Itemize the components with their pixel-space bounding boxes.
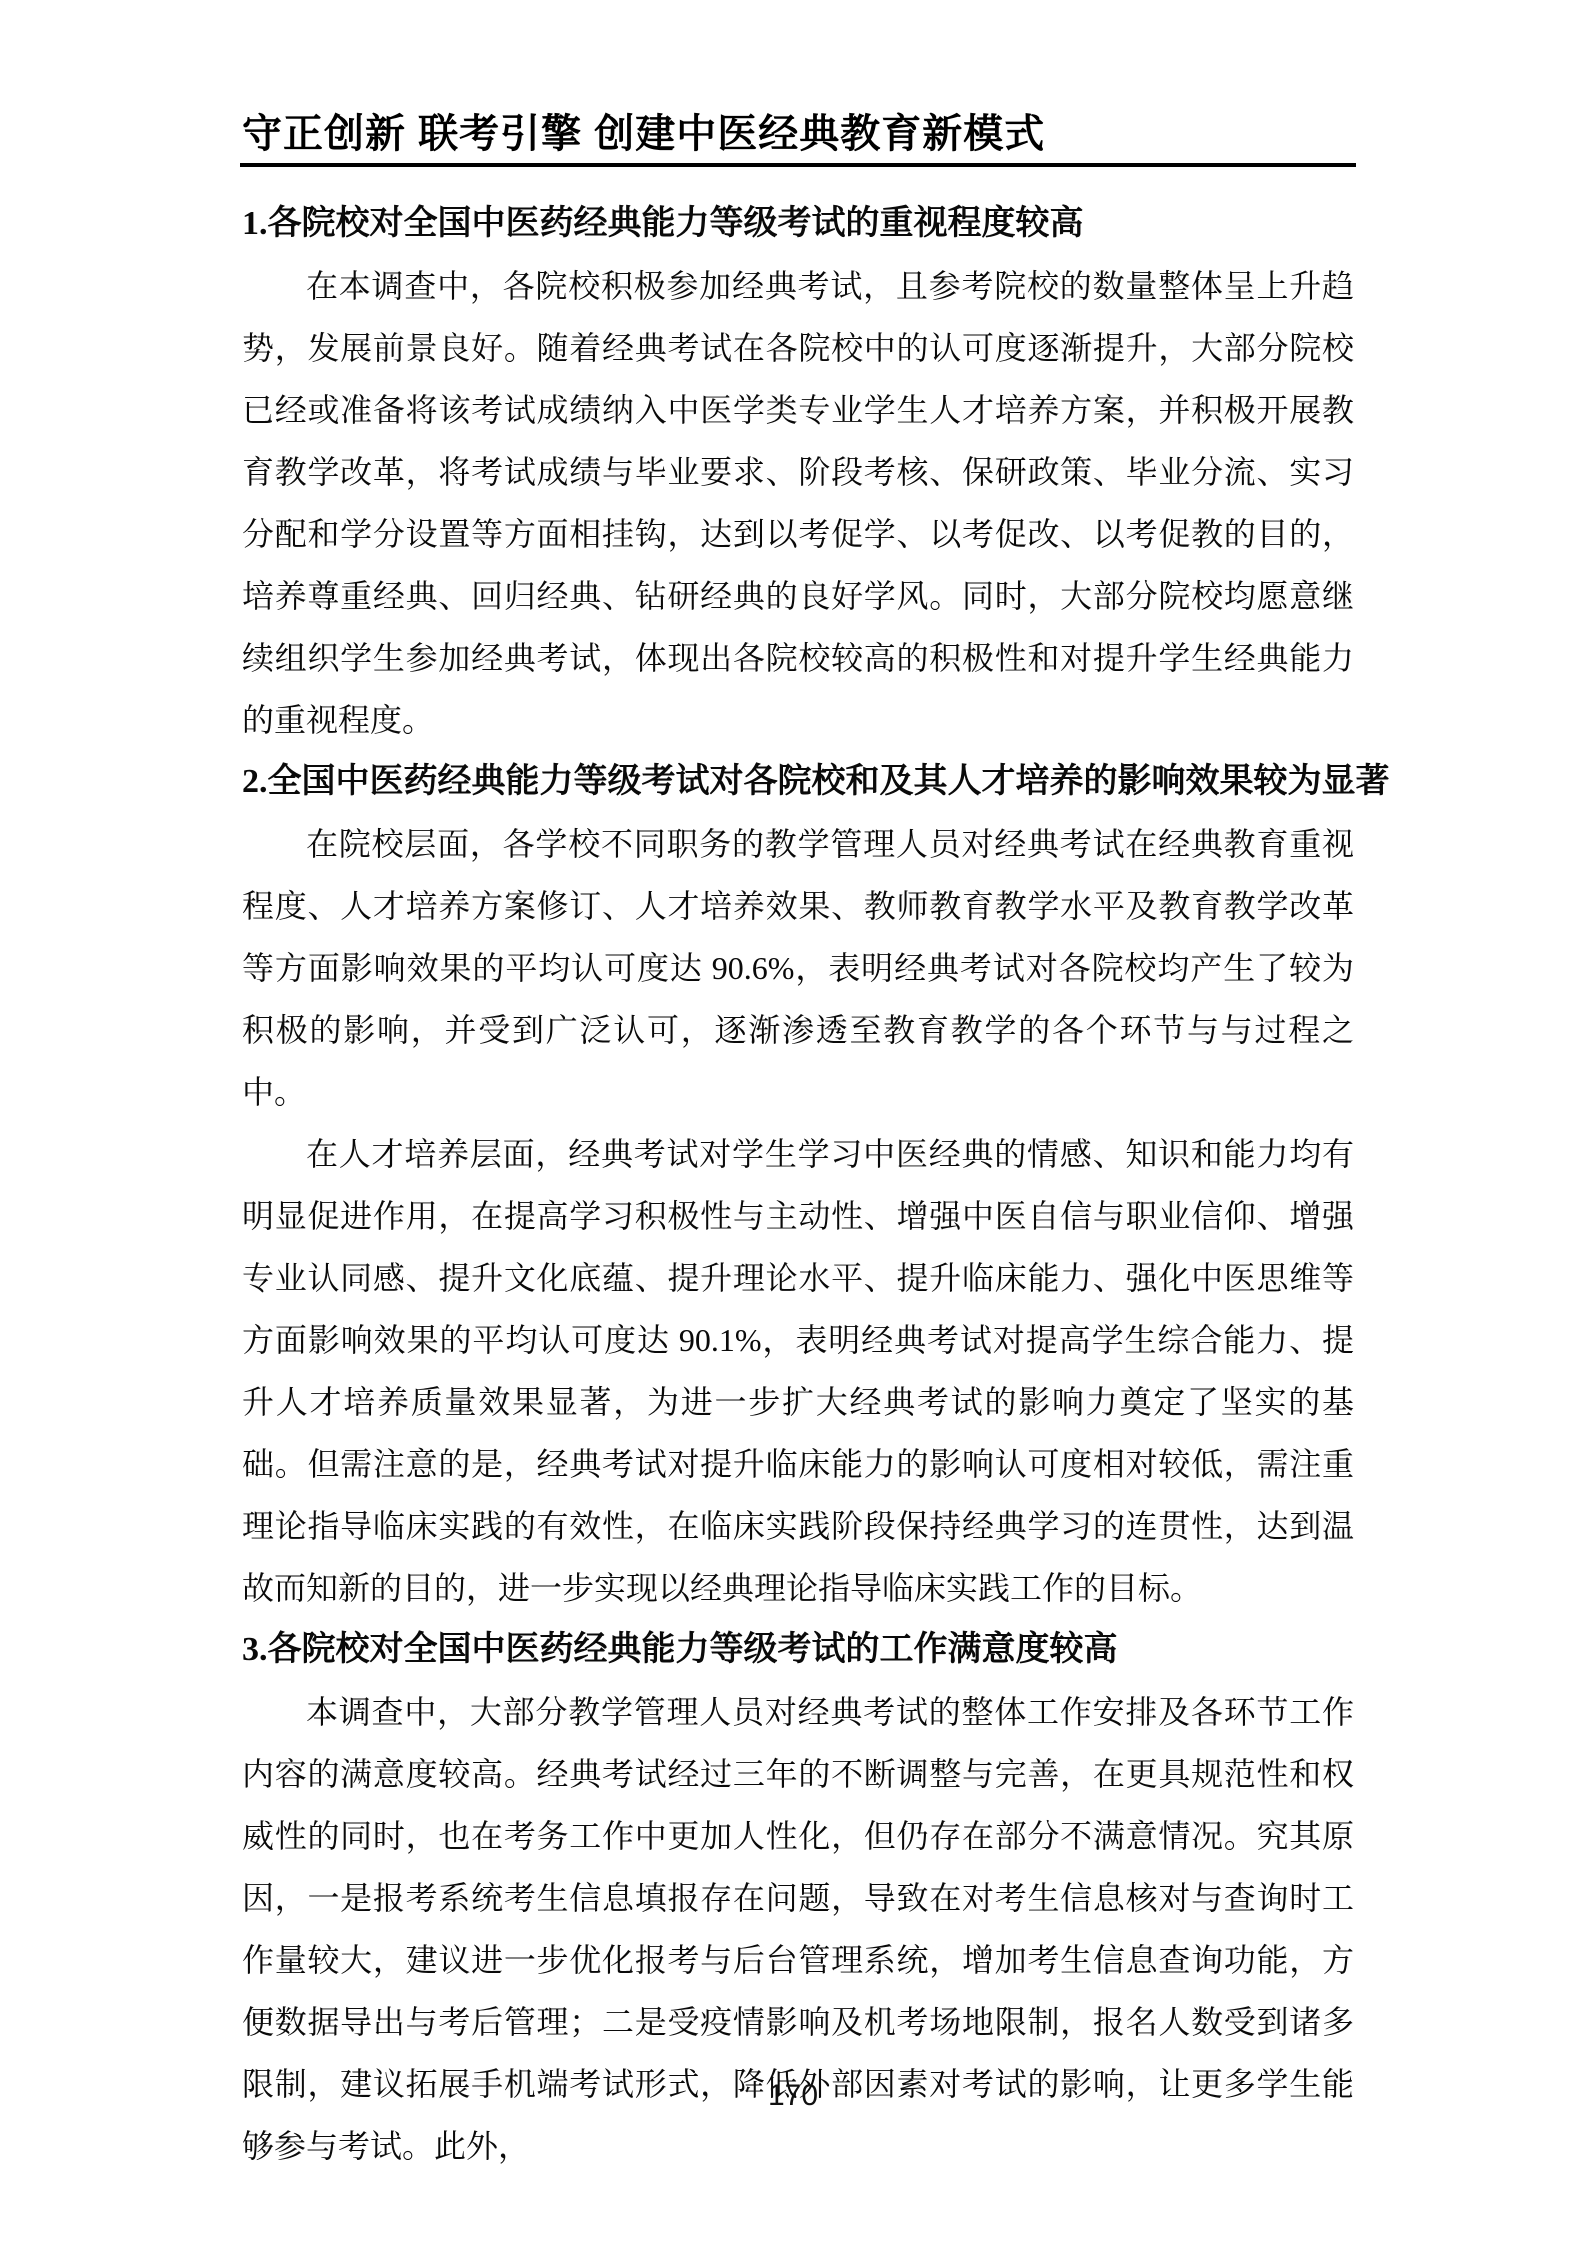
section-heading-3: 3.各院校对全国中医药经典能力等级考试的工作满意度较高 [242, 1619, 1354, 1681]
paragraph: 在院校层面，各学校不同职务的教学管理人员对经典考试在经典教育重视程度、人才培养方… [242, 813, 1354, 1123]
section-heading-1: 1.各院校对全国中医药经典能力等级考试的重视程度较高 [242, 193, 1354, 255]
paragraph: 在人才培养层面，经典考试对学生学习中医经典的情感、知识和能力均有明显促进作用，在… [242, 1123, 1354, 1619]
document-page: 守正创新 联考引擎 创建中医经典教育新模式 1.各院校对全国中医药经典能力等级考… [0, 0, 1586, 2244]
running-header-title: 守正创新 联考引擎 创建中医经典教育新模式 [242, 110, 1045, 158]
header-rule [240, 163, 1356, 167]
section-heading-2: 2.全国中医药经典能力等级考试对各院校和及其人才培养的影响效果较为显著 [242, 751, 1354, 813]
paragraph: 在本调查中，各院校积极参加经典考试，且参考院校的数量整体呈上升趋势，发展前景良好… [242, 255, 1354, 751]
page-number: 170 [0, 2078, 1586, 2114]
page-body: 1.各院校对全国中医药经典能力等级考试的重视程度较高 在本调查中，各院校积极参加… [242, 193, 1354, 2177]
